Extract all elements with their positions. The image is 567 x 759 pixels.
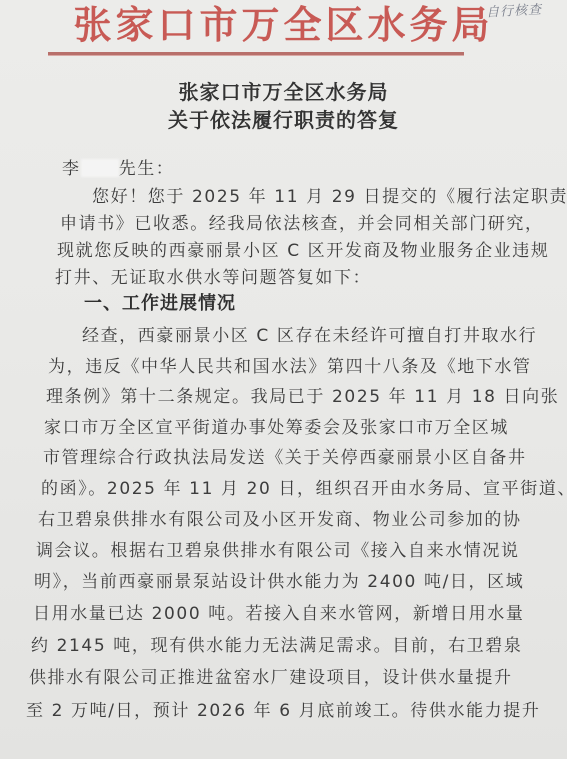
section1-line: 为，违反《中华人民共和国水法》第四十八条及《地下水管 — [48, 352, 532, 377]
salutation: 李先生： — [62, 154, 174, 179]
section1-line: 至 2 万吨/日，预计 2026 年 6 月底前竣工。待供水能力提升 — [26, 696, 540, 721]
section1-line: 家口市万全区宣平街道办事处筹委会及张家口市万全区城 — [44, 413, 509, 438]
section-heading: 一、工作进展情况 — [84, 289, 236, 315]
handwritten-annotation: 自行核查 — [486, 0, 543, 20]
document-title-line1: 张家口市万全区水务局 — [0, 76, 567, 105]
salutation-suffix: 先生： — [119, 159, 175, 179]
section1-line: 右卫碧泉供排水有限公司及小区开发商、物业公司参加的协 — [38, 505, 522, 530]
intro-line: 您好！您于 2025 年 11 月 29 日提交的《履行法定职责 — [92, 182, 567, 207]
section1-line: 约 2145 吨，现有供水能力无法满足需求。目前，右卫碧泉 — [31, 631, 522, 656]
red-divider-line — [48, 52, 464, 56]
intro-line: 打井、无证取水供水等问题答复如下： — [55, 263, 371, 288]
section1-line: 调会议。根据右卫碧泉供排水有限公司《接入自来水情况说 — [36, 536, 520, 561]
section1-line: 经查，西豪丽景小区 C 区存在未经许可擅自打井取水行 — [82, 321, 537, 346]
section1-line: 理条例》第十二条规定。我局已于 2025 年 11 月 18 日向张 — [46, 382, 559, 407]
section1-line: 的函》。2025 年 11 月 20 日，组织召开由水务局、宣平街道、 — [41, 474, 567, 499]
letterhead-title: 张家口市万全区水务局 — [0, 2, 567, 48]
document-page: 张家口市万全区水务局 自行核查 张家口市万全区水务局 关于依法履行职责的答复 李… — [0, 0, 567, 759]
section1-line: 市管理综合行政执法局发送《关于关停西豪丽景小区自备井 — [43, 443, 527, 468]
redacted-name — [81, 159, 119, 177]
salutation-surname: 李 — [62, 159, 81, 179]
intro-line: 申请书》已收悉。经我局依法核查，并会同相关部门研究， — [60, 209, 544, 234]
section1-line: 明》，当前西豪丽景泵站设计供水能力为 2400 吨/日，区域 — [34, 567, 524, 592]
section1-line: 供排水有限公司正推进盆窑水厂建设项目，设计供水量提升 — [29, 663, 513, 688]
intro-line: 现就您反映的西豪丽景小区 C 区开发商及物业服务企业违规 — [57, 236, 549, 261]
document-title-line2: 关于依法履行职责的答复 — [0, 104, 567, 133]
section1-line: 日用水量已达 2000 吨。若接入自来水管网，新增日用水量 — [33, 599, 524, 624]
